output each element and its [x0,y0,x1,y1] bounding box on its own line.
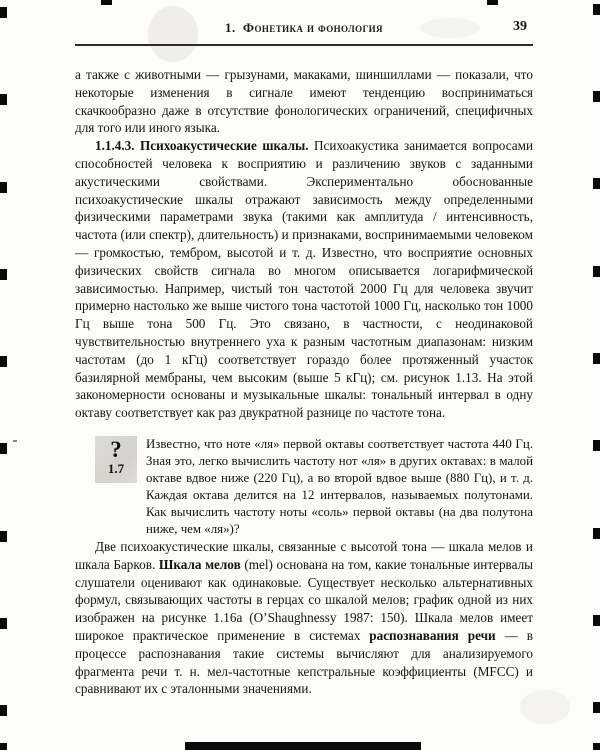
question-mark-icon: ? [95,438,137,462]
closing-paragraph: Две психоакустические шкалы, связанные с… [75,538,533,698]
header-rule [75,44,533,46]
bold-text-run: 1.1.4.3. Психоакустические шкалы. [95,138,309,153]
scan-speck [13,440,17,442]
scanned-book-page: 1. Фонетика и фонология 39 а также с жив… [0,0,600,750]
exercise-text: Известно, что ноте «ля» первой октавы со… [146,436,533,538]
exercise-number: 1.7 [95,462,137,476]
running-title: Фонетика и фонология [243,20,383,35]
text-run: Психоакустика занимается вопросами спосо… [75,138,533,420]
paragraph-continuation: а также с животными — грызунами, макакам… [75,66,533,137]
running-head: 1. Фонетика и фонология [75,20,533,36]
bold-text-run: распознавания речи [369,628,495,643]
page-number: 39 [513,19,527,35]
bold-text-run: Шкала мелов [159,557,241,572]
exercise-question-icon: ? 1.7 [95,436,137,483]
page-body: а также с животными — грызунами, макакам… [75,66,533,698]
exercise-block: ? 1.7 Известно, что ноте «ля» первой окт… [75,436,533,538]
chapter-number: 1. [225,20,236,35]
section-paragraph: 1.1.4.3. Психоакустические шкалы. Психоа… [75,137,533,422]
